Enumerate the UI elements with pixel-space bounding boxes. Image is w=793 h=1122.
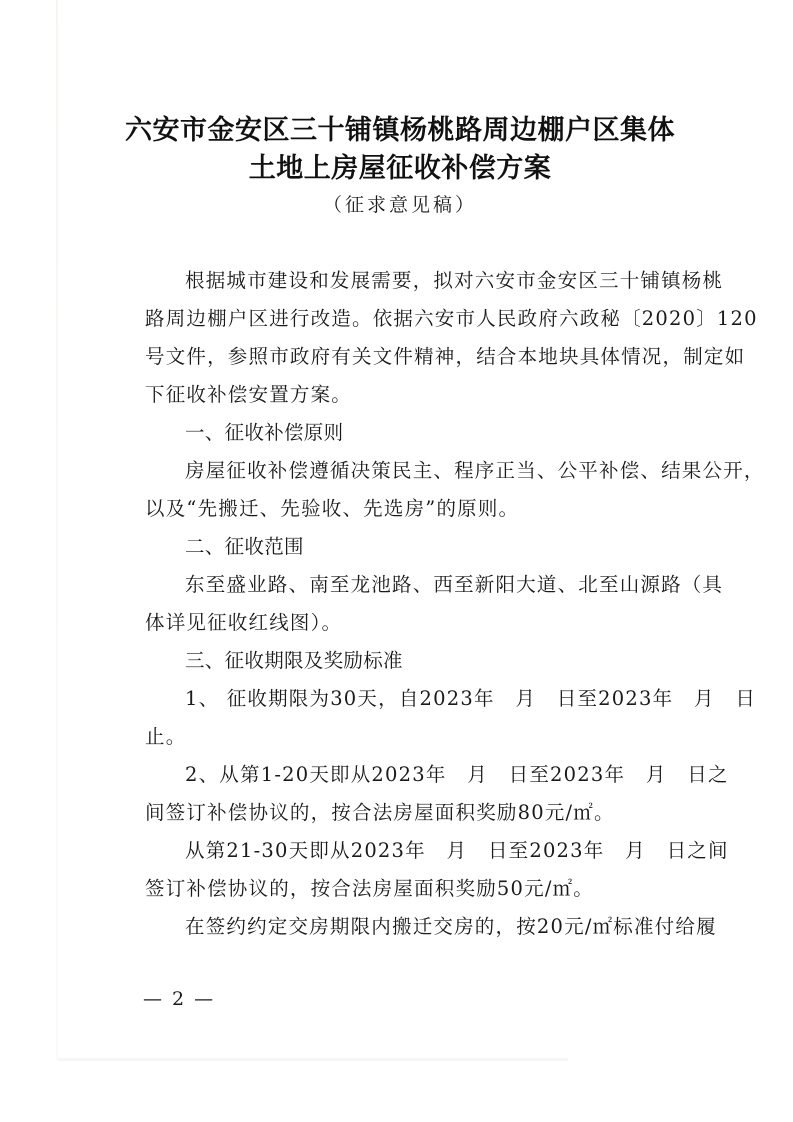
document-title-line-1: 六安市金安区三十铺镇杨桃路周边棚户区集体: [100, 108, 700, 147]
section-period-and-rewards: 三、征收期限及奖励标准 1、 征收期限为30天，自2023年 月 日至2023年…: [145, 642, 690, 946]
intro-paragraph: 根据城市建设和发展需要，拟对六安市金安区三十铺镇杨桃 路周边棚户区进行改造。依据…: [145, 262, 690, 414]
text-line: 签订补偿协议的，按合法房屋面积奖励50元/㎡。: [145, 870, 690, 908]
clause-item-1: 1、 征收期限为30天，自2023年 月 日至2023年 月 日 止。: [145, 680, 690, 756]
document-body: 根据城市建设和发展需要，拟对六安市金安区三十铺镇杨桃 路周边棚户区进行改造。依据…: [145, 262, 690, 946]
clause-item-2: 2、从第1-20天即从2023年 月 日至2023年 月 日之 间签订补偿协议的…: [145, 756, 690, 832]
text-line: 体详见征收红线图）。: [145, 604, 690, 642]
text-line: 东至盛业路、南至龙池路、西至新阳大道、北至山源路（具: [145, 566, 690, 604]
text-line: 房屋征收补偿遵循决策民主、程序正当、公平补偿、结果公开，: [145, 452, 690, 490]
text-line: 根据城市建设和发展需要，拟对六安市金安区三十铺镇杨桃: [145, 262, 690, 300]
text-line: 以及“先搬迁、先验收、先选房”的原则。: [145, 490, 690, 528]
text-line: 间签订补偿协议的，按合法房屋面积奖励80元/㎡。: [145, 794, 690, 832]
section-heading: 一、征收补偿原则: [145, 414, 690, 452]
section-heading: 三、征收期限及奖励标准: [145, 642, 690, 680]
text-line: 从第21-30天即从2023年 月 日至2023年 月 日之间: [145, 832, 690, 870]
document-title-line-2: 土地上房屋征收补偿方案: [100, 146, 700, 185]
scan-edge-shadow: [56, 0, 58, 1060]
page-number: — 2 —: [143, 988, 215, 1010]
clause-item-4: 在签约约定交房期限内搬迁交房的，按20元/㎡标准付给履: [145, 908, 690, 946]
text-line: 号文件，参照市政府有关文件精神，结合本地块具体情况，制定如: [145, 338, 690, 376]
text-line: 路周边棚户区进行改造。依据六安市人民政府六政秘〔2020〕120: [145, 300, 690, 338]
scan-bottom-edge: [58, 1058, 568, 1061]
clause-item-3: 从第21-30天即从2023年 月 日至2023年 月 日之间 签订补偿协议的，…: [145, 832, 690, 908]
text-line: 1、 征收期限为30天，自2023年 月 日至2023年 月 日: [145, 680, 690, 718]
document-subtitle: （征求意见稿）: [100, 190, 700, 217]
section-principles: 一、征收补偿原则 房屋征收补偿遵循决策民主、程序正当、公平补偿、结果公开， 以及…: [145, 414, 690, 528]
document-page: 六安市金安区三十铺镇杨桃路周边棚户区集体 土地上房屋征收补偿方案 （征求意见稿）…: [0, 0, 793, 1122]
section-heading: 二、征收范围: [145, 528, 690, 566]
text-line: 在签约约定交房期限内搬迁交房的，按20元/㎡标准付给履: [145, 908, 690, 946]
text-line: 下征收补偿安置方案。: [145, 376, 690, 414]
text-line: 2、从第1-20天即从2023年 月 日至2023年 月 日之: [145, 756, 690, 794]
section-scope: 二、征收范围 东至盛业路、南至龙池路、西至新阳大道、北至山源路（具 体详见征收红…: [145, 528, 690, 642]
text-line: 止。: [145, 718, 690, 756]
